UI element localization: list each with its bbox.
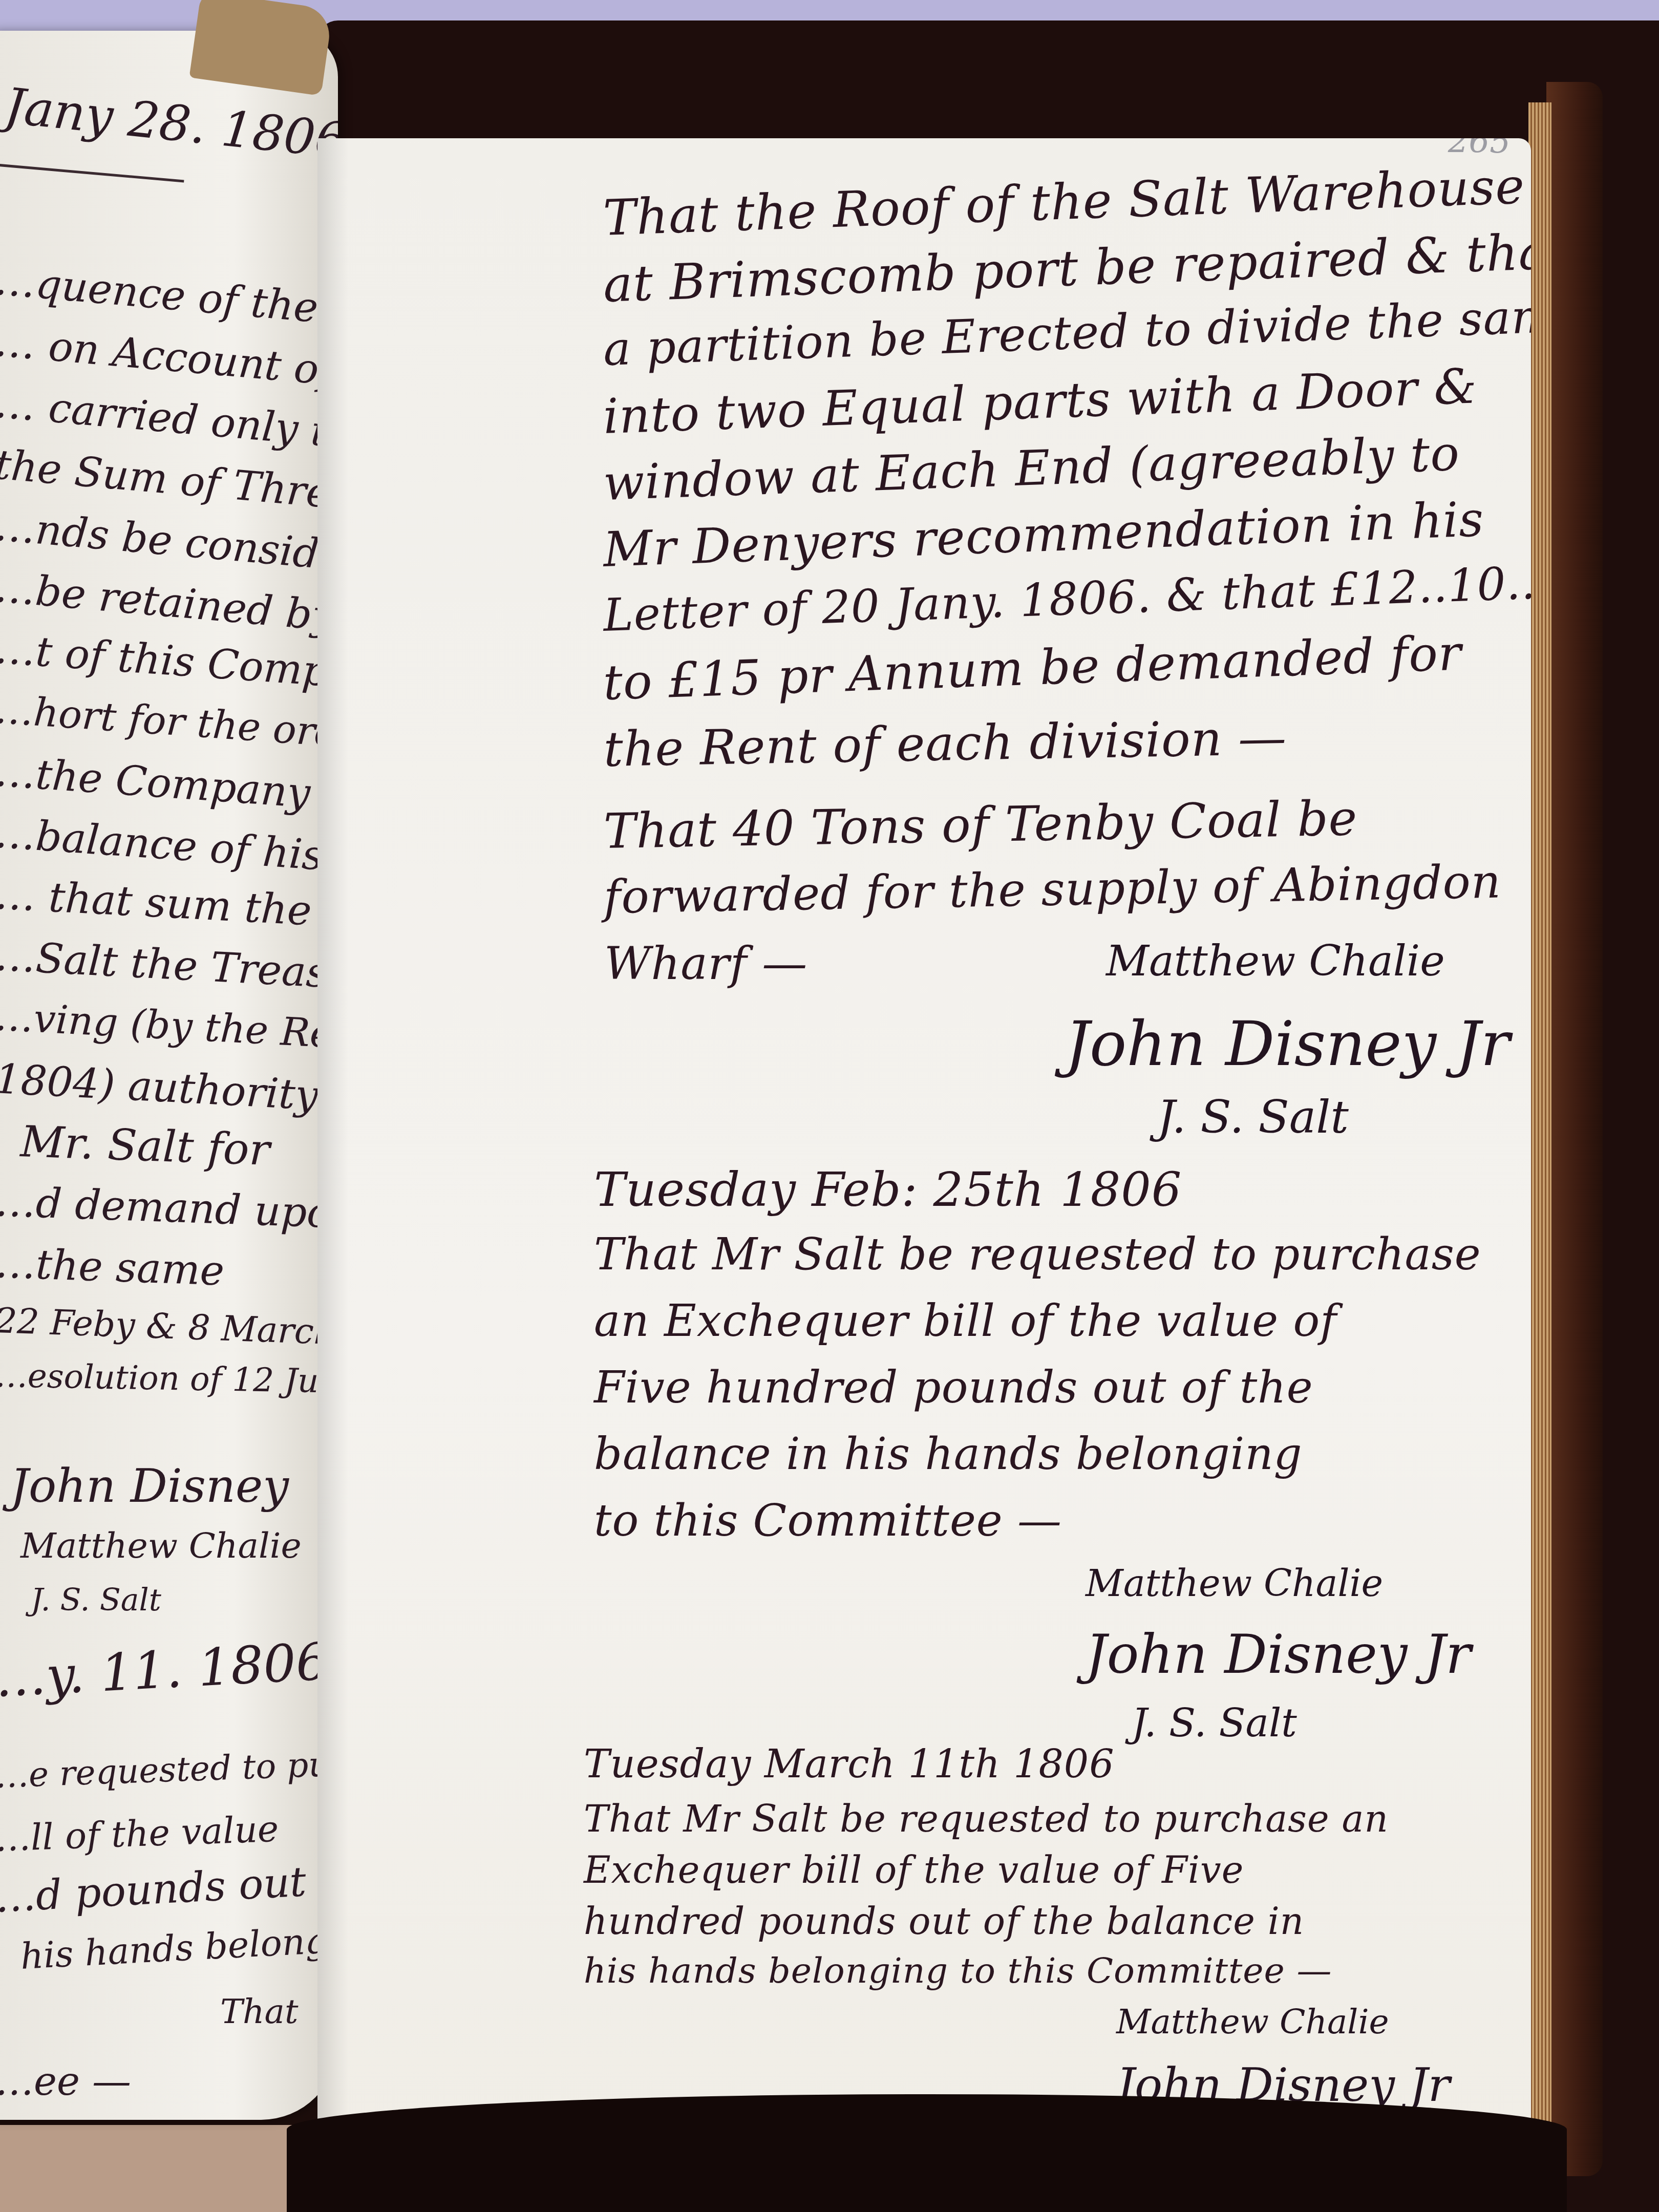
- meeting-date: Tuesday March 11th 1806: [584, 1741, 1115, 1786]
- left-line: …the Company: [0, 748, 312, 817]
- left-line: 1804) authority: [0, 1055, 320, 1119]
- minute-line: That Mr Salt be requested to purchase: [594, 1229, 1481, 1280]
- minute-line: an Exchequer bill of the value of: [594, 1295, 1337, 1347]
- resolution-line: the Rent of each division —: [603, 710, 1287, 778]
- left-page: Jany 28. 1806 …quence of the deci… … on …: [0, 31, 338, 2120]
- left-line: Mr. Salt for: [19, 1116, 270, 1175]
- signature-disney: John Disney Jr: [1086, 1623, 1471, 1686]
- resolution-line: to £15 pr Annum be demanded for: [602, 626, 1462, 711]
- minute-line: That Mr Salt be requested to purchase an: [584, 1797, 1389, 1840]
- minute-line: Five hundred pounds out of the: [594, 1362, 1313, 1413]
- minute-line: his hands belonging to this Committee —: [584, 1951, 1332, 1991]
- minute-line: to this Committee —: [594, 1495, 1062, 1546]
- page-number: 265: [1448, 138, 1511, 161]
- resolution-line: That 40 Tons of Tenby Coal be: [603, 791, 1358, 860]
- minute-line: hundred pounds out of the balance in: [584, 1900, 1304, 1943]
- heading-underline: [0, 163, 184, 182]
- minute-line: balance in his hands belonging: [594, 1429, 1303, 1480]
- signature-salt: J. S. Salt: [1157, 1091, 1349, 1143]
- signature-chalie: Matthew Chalie: [1106, 937, 1445, 986]
- left-line: … that sum the Sa…: [0, 870, 338, 940]
- right-page: 265 That the Roof of the Salt Warehouse …: [317, 138, 1531, 2161]
- left-line: …d demand upon: [0, 1178, 338, 1238]
- book-board-edge: [1546, 82, 1603, 2176]
- meeting-date: Tuesday Feb: 25th 1806: [594, 1162, 1182, 1217]
- page-edges: [1528, 102, 1551, 2161]
- signature-salt: J. S. Salt: [1132, 1700, 1297, 1746]
- left-line: …Salt the Treasur…: [0, 932, 338, 1002]
- signature-chalie: Matthew Chalie: [1116, 2002, 1389, 2041]
- left-signature: Matthew Chalie: [20, 1526, 302, 1566]
- left-line: …ll of the value: [0, 1808, 279, 1860]
- left-signature: John Disney: [10, 1459, 289, 1513]
- signature-chalie: Matthew Chalie: [1086, 1562, 1383, 1605]
- left-line: …ee —: [0, 2058, 131, 2104]
- left-line: his hands belong…: [19, 1918, 338, 1977]
- resolution-line: Wharf —: [604, 937, 807, 990]
- left-line: …hort for the ordin…: [0, 686, 338, 761]
- left-line: …d pounds out: [0, 1858, 307, 1922]
- minute-line: Exchequer bill of the value of Five: [584, 1848, 1244, 1891]
- left-catchword: That: [220, 1992, 298, 2031]
- left-line: …ving (by the Resolut…: [0, 993, 338, 1064]
- left-line: 22 Feby & 8 March 18…: [0, 1301, 338, 1356]
- left-signature: J. S. Salt: [31, 1582, 161, 1618]
- left-second-date: …y. 11. 1806: [0, 1631, 330, 1709]
- signature-disney: John Disney Jr: [1065, 1009, 1510, 1080]
- page-shadow: [287, 2094, 1567, 2212]
- resolution-line: forwarded for the supply of Abingdon: [603, 855, 1501, 924]
- left-line: …e requested to purcha…: [0, 1741, 338, 1796]
- left-line: …the same: [0, 1239, 225, 1295]
- left-line: …esolution of 12 Jun…: [0, 1357, 338, 1401]
